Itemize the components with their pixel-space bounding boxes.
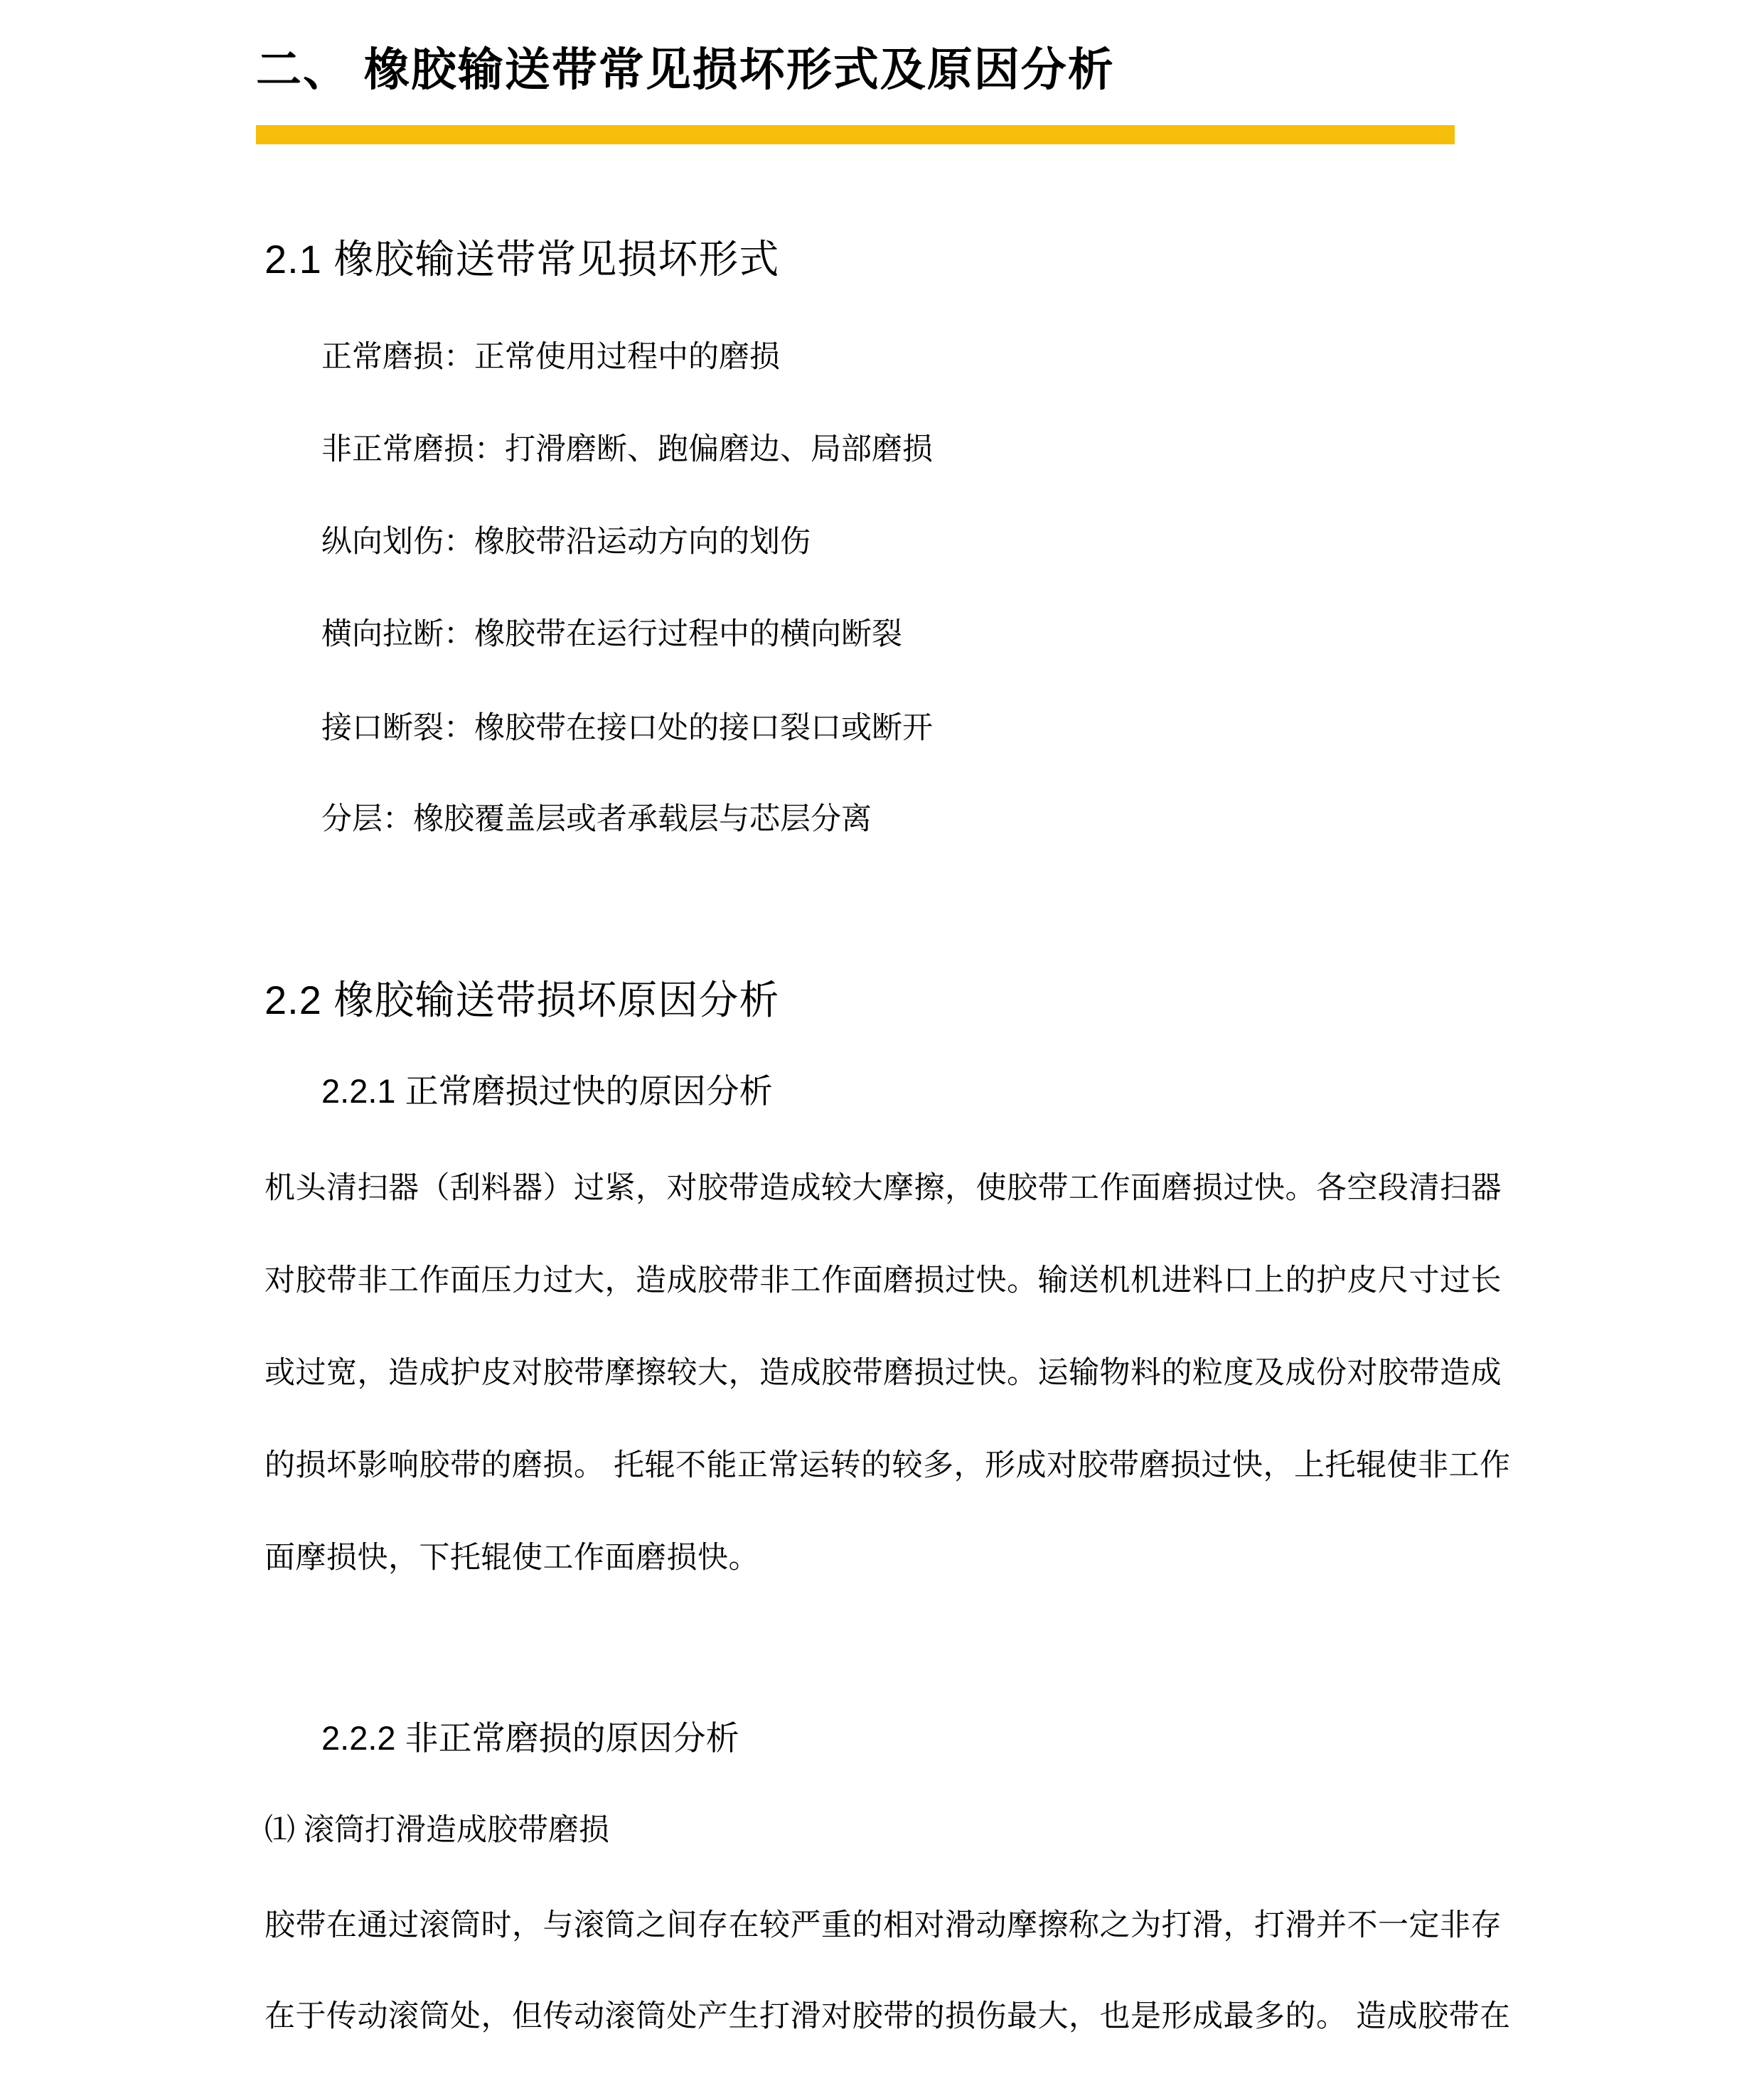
abnormal-wear-paragraph-line: 胶带在通过滚筒时，与滚筒之间存在较严重的相对滑动摩擦称之为打滑，打滑并不一定非存 (264, 1907, 1502, 1945)
section-2-2-2-heading: 2.2.2 非正常磨损的原因分析 (321, 1718, 739, 1760)
normal-wear-paragraph-line: 的损坏影响胶带的磨损。 托辊不能正常运转的较多，形成对胶带磨损过快，上托辊使非工… (264, 1447, 1510, 1485)
document-title: 二、 橡胶输送带常见损坏形式及原因分析 (256, 41, 1115, 98)
section-2-2-heading: 2.2 橡胶输送带损坏原因分析 (264, 975, 779, 1025)
damage-form-item-joint-break: 接口断裂：橡胶带在接口处的接口裂口或断开 (321, 710, 933, 748)
damage-form-item-abnormal-wear: 非正常磨损：打滑磨断、跑偏磨边、局部磨损 (321, 431, 933, 469)
damage-form-item-transverse-break: 横向拉断：橡胶带在运行过程中的横向断裂 (321, 616, 902, 654)
damage-form-item-delamination: 分层：橡胶覆盖层或者承载层与芯层分离 (321, 801, 872, 839)
damage-form-item-normal-wear: 正常磨损：正常使用过程中的磨损 (321, 338, 780, 377)
normal-wear-paragraph-line: 面摩损快，下托辊使工作面磨损快。 (264, 1539, 759, 1578)
normal-wear-paragraph-line: 对胶带非工作面压力过大，造成胶带非工作面磨损过快。输送机机进料口上的护皮尺寸过长 (264, 1262, 1502, 1300)
document-page: 二、 橡胶输送带常见损坏形式及原因分析 2.1 橡胶输送带常见损坏形式 正常磨损… (0, 0, 1764, 2086)
title-accent-bar (256, 125, 1455, 144)
damage-form-item-longitudinal-scratch: 纵向划伤：橡胶带沿运动方向的划伤 (321, 523, 811, 562)
section-2-1-heading: 2.1 橡胶输送带常见损坏形式 (264, 235, 779, 284)
section-2-2-1-heading: 2.2.1 正常磨损过快的原因分析 (321, 1071, 773, 1113)
normal-wear-paragraph-line: 机头清扫器（刮料器）过紧，对胶带造成较大摩擦，使胶带工作面磨损过快。各空段清扫器 (264, 1170, 1502, 1208)
normal-wear-paragraph-line: 或过宽，造成护皮对胶带摩擦较大，造成胶带磨损过快。运输物料的粒度及成份对胶带造成 (264, 1354, 1502, 1393)
abnormal-wear-paragraph-line: 在于传动滚筒处，但传动滚筒处产生打滑对胶带的损伤最大，也是形成最多的。 造成胶带… (264, 1998, 1510, 2036)
abnormal-wear-point-1-label: ⑴ 滚筒打滑造成胶带磨损 (264, 1812, 609, 1850)
